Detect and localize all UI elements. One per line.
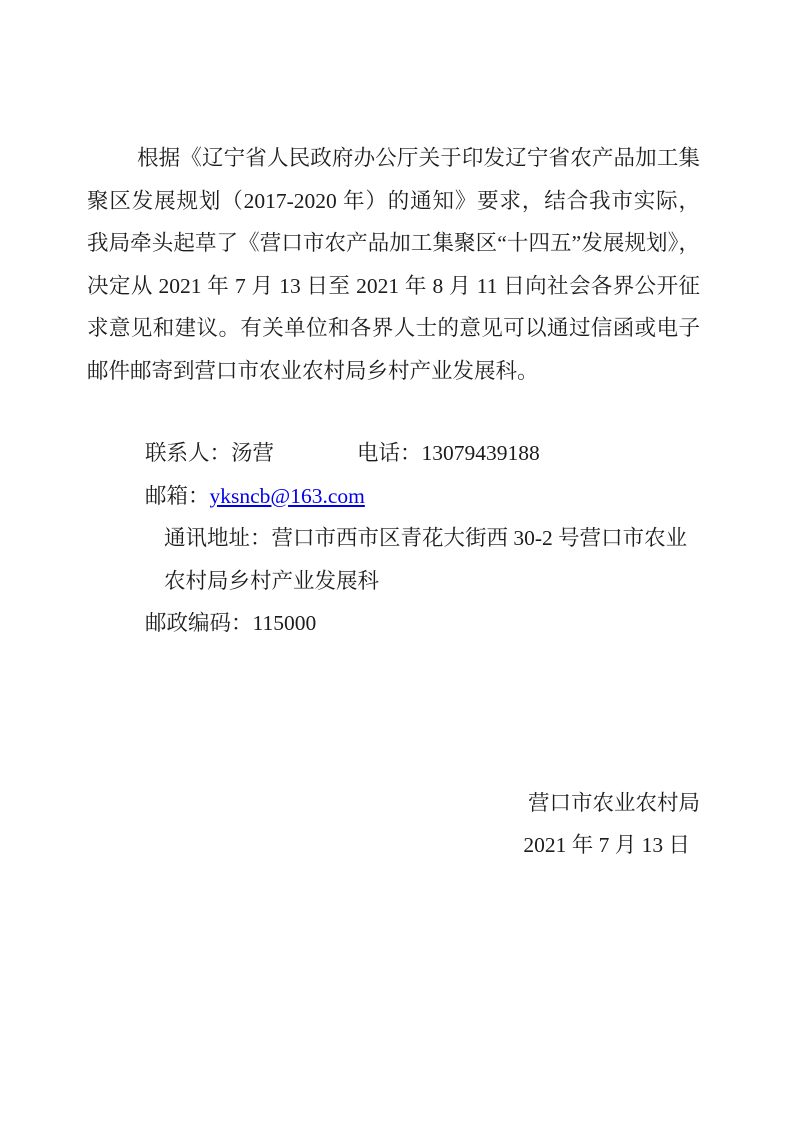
signature-date: 2021 年 7 月 13 日 (87, 824, 700, 867)
body-line-3: 我局牵头起草了《营口市农产品加工集聚区“十四五”发展规划》， (87, 222, 700, 265)
body-line-2: 聚区发展规划（2017-2020 年）的通知》要求，结合我市实际， (87, 180, 700, 223)
spacer (87, 392, 700, 432)
notice-body: 根据《辽宁省人民政府办公厅关于印发辽宁省农产品加工集 聚区发展规划（2017-2… (87, 137, 700, 392)
contact-postal-code: 邮政编码：115000 (87, 602, 700, 645)
contact-person-phone-line: 联系人：汤营电话：13079439188 (87, 432, 700, 475)
contact-phone: 电话：13079439188 (357, 441, 540, 465)
contact-address-line-1: 通讯地址：营口市西市区青花大街西 30-2 号营口市农业 (87, 517, 700, 560)
body-line-4: 决定从 2021 年 7 月 13 日至 2021 年 8 月 11 日向社会各… (87, 265, 700, 308)
signature-block: 营口市农业农村局 2021 年 7 月 13 日 (87, 782, 700, 867)
contact-address-line-2: 农村局乡村产业发展科 (87, 560, 700, 603)
contact-email-line: 邮箱：yksncb@163.com (87, 475, 700, 518)
email-link[interactable]: yksncb@163.com (210, 484, 365, 508)
document-page: 根据《辽宁省人民政府办公厅关于印发辽宁省农产品加工集 聚区发展规划（2017-2… (0, 0, 793, 1122)
spacer (87, 645, 700, 782)
contact-person: 联系人：汤营 (145, 432, 357, 475)
body-line-6: 邮件邮寄到营口市农业农村局乡村产业发展科。 (87, 350, 700, 393)
body-line-5: 求意见和建议。有关单位和各界人士的意见可以通过信函或电子 (87, 307, 700, 350)
contact-block: 联系人：汤营电话：13079439188 邮箱：yksncb@163.com 通… (87, 432, 700, 645)
body-line-1: 根据《辽宁省人民政府办公厅关于印发辽宁省农产品加工集 (87, 137, 700, 180)
signature-organization: 营口市农业农村局 (87, 782, 700, 825)
email-label: 邮箱： (145, 484, 210, 508)
